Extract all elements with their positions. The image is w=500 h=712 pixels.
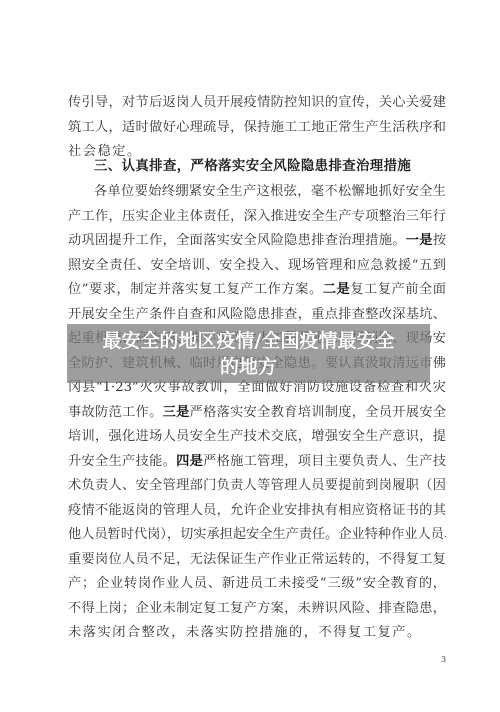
body-line: 各单位要始终绷紧安全生产这根弦，毫不松懈地抓好安全生 xyxy=(94,180,446,204)
body-text: 升安全生产技能。 xyxy=(68,454,176,469)
body-line: 他人员暂时代岗），切实承担起安全生产责任。企业特种作业人员、 xyxy=(68,523,446,547)
body-line: 动巩固提升工作，全面落实安全风险隐患排查治理措施。一是按 xyxy=(68,229,446,253)
overlay-title-line2: 的地方 xyxy=(67,354,430,380)
keyword-bold: 二是 xyxy=(323,282,351,297)
body-line: 术负责人、安全管理部门负责人等管理人员要提前到岗履职（因 xyxy=(68,474,446,498)
overlay-title[interactable]: 最安全的地区疫情/全国疫情最安全 的地方 xyxy=(67,324,430,380)
page-number: 3 xyxy=(441,655,446,664)
body-line: 未落实闭合整改，未落实防控措施的，不得复工复产。 xyxy=(68,621,446,645)
body-line: 培训，强化进场人员安全生产技术交底，增强安全生产意识，提 xyxy=(68,425,446,449)
body-text: 位”要求，制定并落实复工复产工作方案。 xyxy=(68,282,323,297)
intro-line: 传引导，对节后返岗人员开展疫情防控知识的宣传，关心关爱建 xyxy=(68,91,446,115)
body-text: 严格施工管理，项目主要负责人、生产技 xyxy=(203,454,446,469)
body-text: 严格落实安全教育培训制度，全员开展安全 xyxy=(190,405,446,420)
body-text: 复工复产前全面 xyxy=(350,282,446,297)
body-line: 重要岗位人员不足，无法保证生产作业正常运转的，不得复工复 xyxy=(68,548,446,572)
keyword-bold: 四是 xyxy=(176,454,203,469)
body-line: 产工作，压实企业主体责任，深入推进安全生产专项整治三年行 xyxy=(68,205,446,229)
body-line: 不得上岗；企业未制定复工复产方案，未辨识风险、排查隐患， xyxy=(68,597,446,621)
intro-line: 筑工人，适时做好心理疏导，保持施工工地正常生产生活秩序和 xyxy=(68,116,446,140)
section-heading: 三、认真排查，严格落实安全风险隐患排查治理措施 xyxy=(94,155,411,179)
overlay-title-line1: 最安全的地区疫情/全国疫情最安全 xyxy=(67,328,430,354)
body-line: 升安全生产技能。四是严格施工管理，项目主要负责人、生产技 xyxy=(68,450,446,474)
body-text: 按 xyxy=(433,233,446,248)
body-text: 动巩固提升工作，全面落实安全风险隐患排查治理措施。 xyxy=(68,233,406,248)
keyword-bold: 一是 xyxy=(406,233,433,248)
body-line: 位”要求，制定并落实复工复产工作方案。二是复工复产前全面 xyxy=(68,278,446,302)
body-line: 事故防范工作。三是严格落实安全教育培训制度，全员开展安全 xyxy=(68,401,446,425)
body-line: 照安全责任、安全培训、安全投入、现场管理和应急救援“五到 xyxy=(68,254,446,278)
keyword-bold: 三是 xyxy=(163,405,190,420)
body-line: 疫情不能返岗的管理人员，允许企业安排执有相应资格证书的其 xyxy=(68,499,446,523)
body-text: 事故防范工作。 xyxy=(68,405,163,420)
body-line: 产；企业转岗作业人员、新进员工未接受“三级”安全教育的， xyxy=(68,572,446,596)
